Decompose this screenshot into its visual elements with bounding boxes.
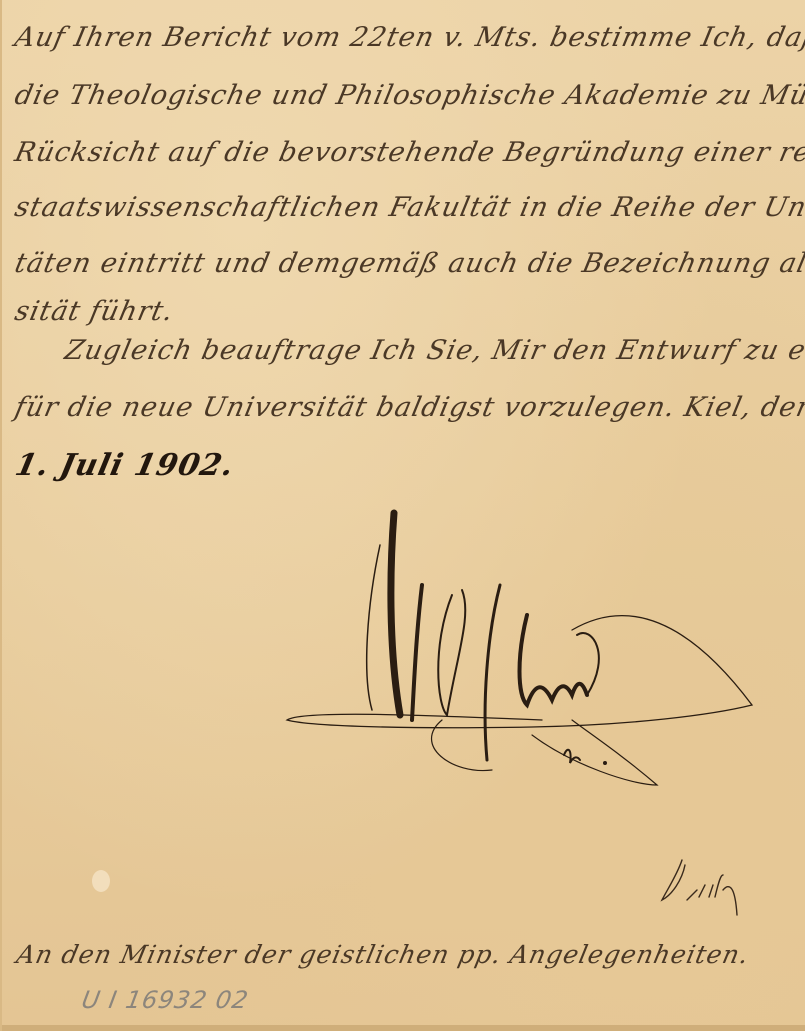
archive-number-stamp: U I 16932 02: [80, 986, 251, 1014]
body-line-2: die Theologische und Philosophische Akad…: [12, 80, 805, 111]
body-line-4: staatswissenschaftlichen Fakultät in die…: [12, 192, 805, 223]
body-line-1: Auf Ihren Bericht vom 22ten v. Mts. best…: [12, 22, 805, 53]
recipient-address: An den Minister der geistlichen pp. Ange…: [14, 940, 752, 969]
body-line-7: Zugleich beauftrage Ich Sie, Mir den Ent…: [62, 335, 805, 366]
document-page: Auf Ihren Bericht vom 22ten v. Mts. best…: [0, 0, 805, 1031]
body-line-6: sität führt.: [12, 296, 805, 327]
paper-stain: [92, 870, 110, 892]
royal-signature: [272, 505, 762, 795]
body-line-5: täten eintritt und demgemäß auch die Bez…: [12, 248, 805, 279]
date-line: 1. Juli 1902.: [12, 448, 805, 483]
minister-countersignature: [657, 855, 757, 925]
body-line-3: Rücksicht auf die bevorstehende Begründu…: [12, 137, 805, 168]
body-line-8: für die neue Universität baldigst vorzul…: [12, 392, 805, 423]
